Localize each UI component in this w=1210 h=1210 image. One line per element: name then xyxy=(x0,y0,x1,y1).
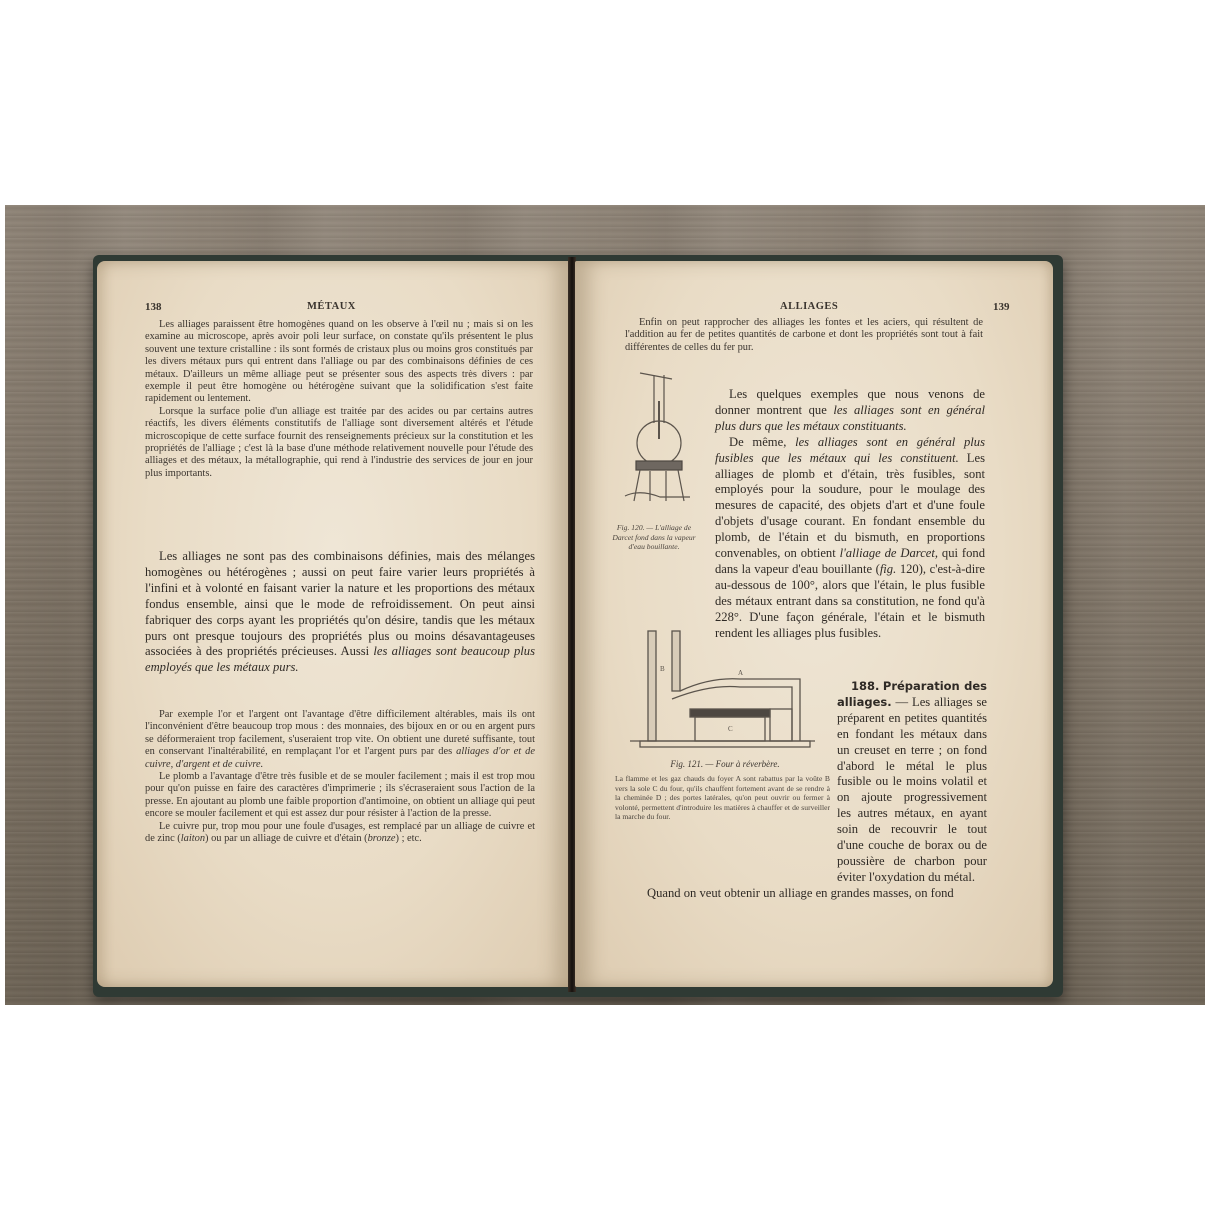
label-a: A xyxy=(738,669,743,677)
right-text-section-188: 188. Préparation des alliages. — Les all… xyxy=(837,679,987,886)
paragraph: Les quelques exemples que nous venons de… xyxy=(715,387,985,435)
page-number-right: 139 xyxy=(993,301,1010,313)
emphasis: l'alliage de Darcet, xyxy=(840,546,938,560)
text: Les alliages de plomb et d'étain, très f… xyxy=(715,451,985,560)
emphasis: fig. xyxy=(880,562,896,576)
furnace-illustration-icon: B A C xyxy=(620,629,820,749)
figure-120-caption: Fig. 120. — L'alliage de Darcet fond dan… xyxy=(609,523,699,552)
running-head-left: MÉTAUX xyxy=(307,301,356,312)
left-text-main: Les alliages ne sont pas des combinaison… xyxy=(145,549,535,676)
right-page: ALLIAGES 139 Enfin on peut rapprocher de… xyxy=(575,261,1053,987)
paragraph: Par exemple l'or et l'argent ont l'avant… xyxy=(145,709,535,771)
text: ) ; etc. xyxy=(396,833,422,844)
label-b: B xyxy=(660,665,665,673)
running-head-right: ALLIAGES xyxy=(780,301,838,312)
paragraph: Le plomb a l'avantage d'être très fusibl… xyxy=(145,771,535,821)
left-text-small-1: Les alliages paraissent être homogènes q… xyxy=(145,319,533,480)
page-number-left: 138 xyxy=(145,301,162,313)
paragraph: 188. Préparation des alliages. — Les all… xyxy=(837,679,987,886)
photo: 138 MÉTAUX Les alliages paraissent être … xyxy=(5,205,1205,1005)
right-text-intro: Enfin on peut rapprocher des alliages le… xyxy=(625,317,983,354)
paragraph: Le cuivre pur, trop mou pour une foule d… xyxy=(145,821,535,846)
label-c: C xyxy=(728,725,733,733)
left-page: 138 MÉTAUX Les alliages paraissent être … xyxy=(97,261,570,987)
paragraph: Les alliages ne sont pas des combinaison… xyxy=(145,549,535,676)
text: De même, xyxy=(729,435,795,449)
text: Les alliages ne sont pas des combinaison… xyxy=(145,549,535,658)
paragraph: Quand on veut obtenir un alliage en gran… xyxy=(633,886,988,902)
figure-121-caption: La flamme et les gaz chauds du foyer A s… xyxy=(615,774,830,822)
right-text-main-1: Les quelques exemples que nous venons de… xyxy=(715,387,985,642)
left-text-small-2: Par exemple l'or et l'argent ont l'avant… xyxy=(145,709,535,845)
figure-121-title: Fig. 121. — Four à réverbère. xyxy=(620,759,830,769)
paragraph: Enfin on peut rapprocher des alliages le… xyxy=(625,317,983,354)
paragraph: De même, les alliages sont en général pl… xyxy=(715,435,985,642)
flask-illustration-icon xyxy=(620,361,710,511)
paragraph: Les alliages paraissent être homogènes q… xyxy=(145,319,533,406)
emphasis: laiton xyxy=(181,833,205,844)
emphasis: bronze xyxy=(368,833,396,844)
text: — Les alliages se préparent en petites q… xyxy=(837,695,987,884)
paragraph: Lorsque la surface polie d'un alliage es… xyxy=(145,406,533,480)
text: ) ou par un alliage de cuivre et d'étain… xyxy=(205,833,368,844)
section-number: 188. xyxy=(851,679,879,693)
right-text-bottom: Quand on veut obtenir un alliage en gran… xyxy=(633,886,988,902)
